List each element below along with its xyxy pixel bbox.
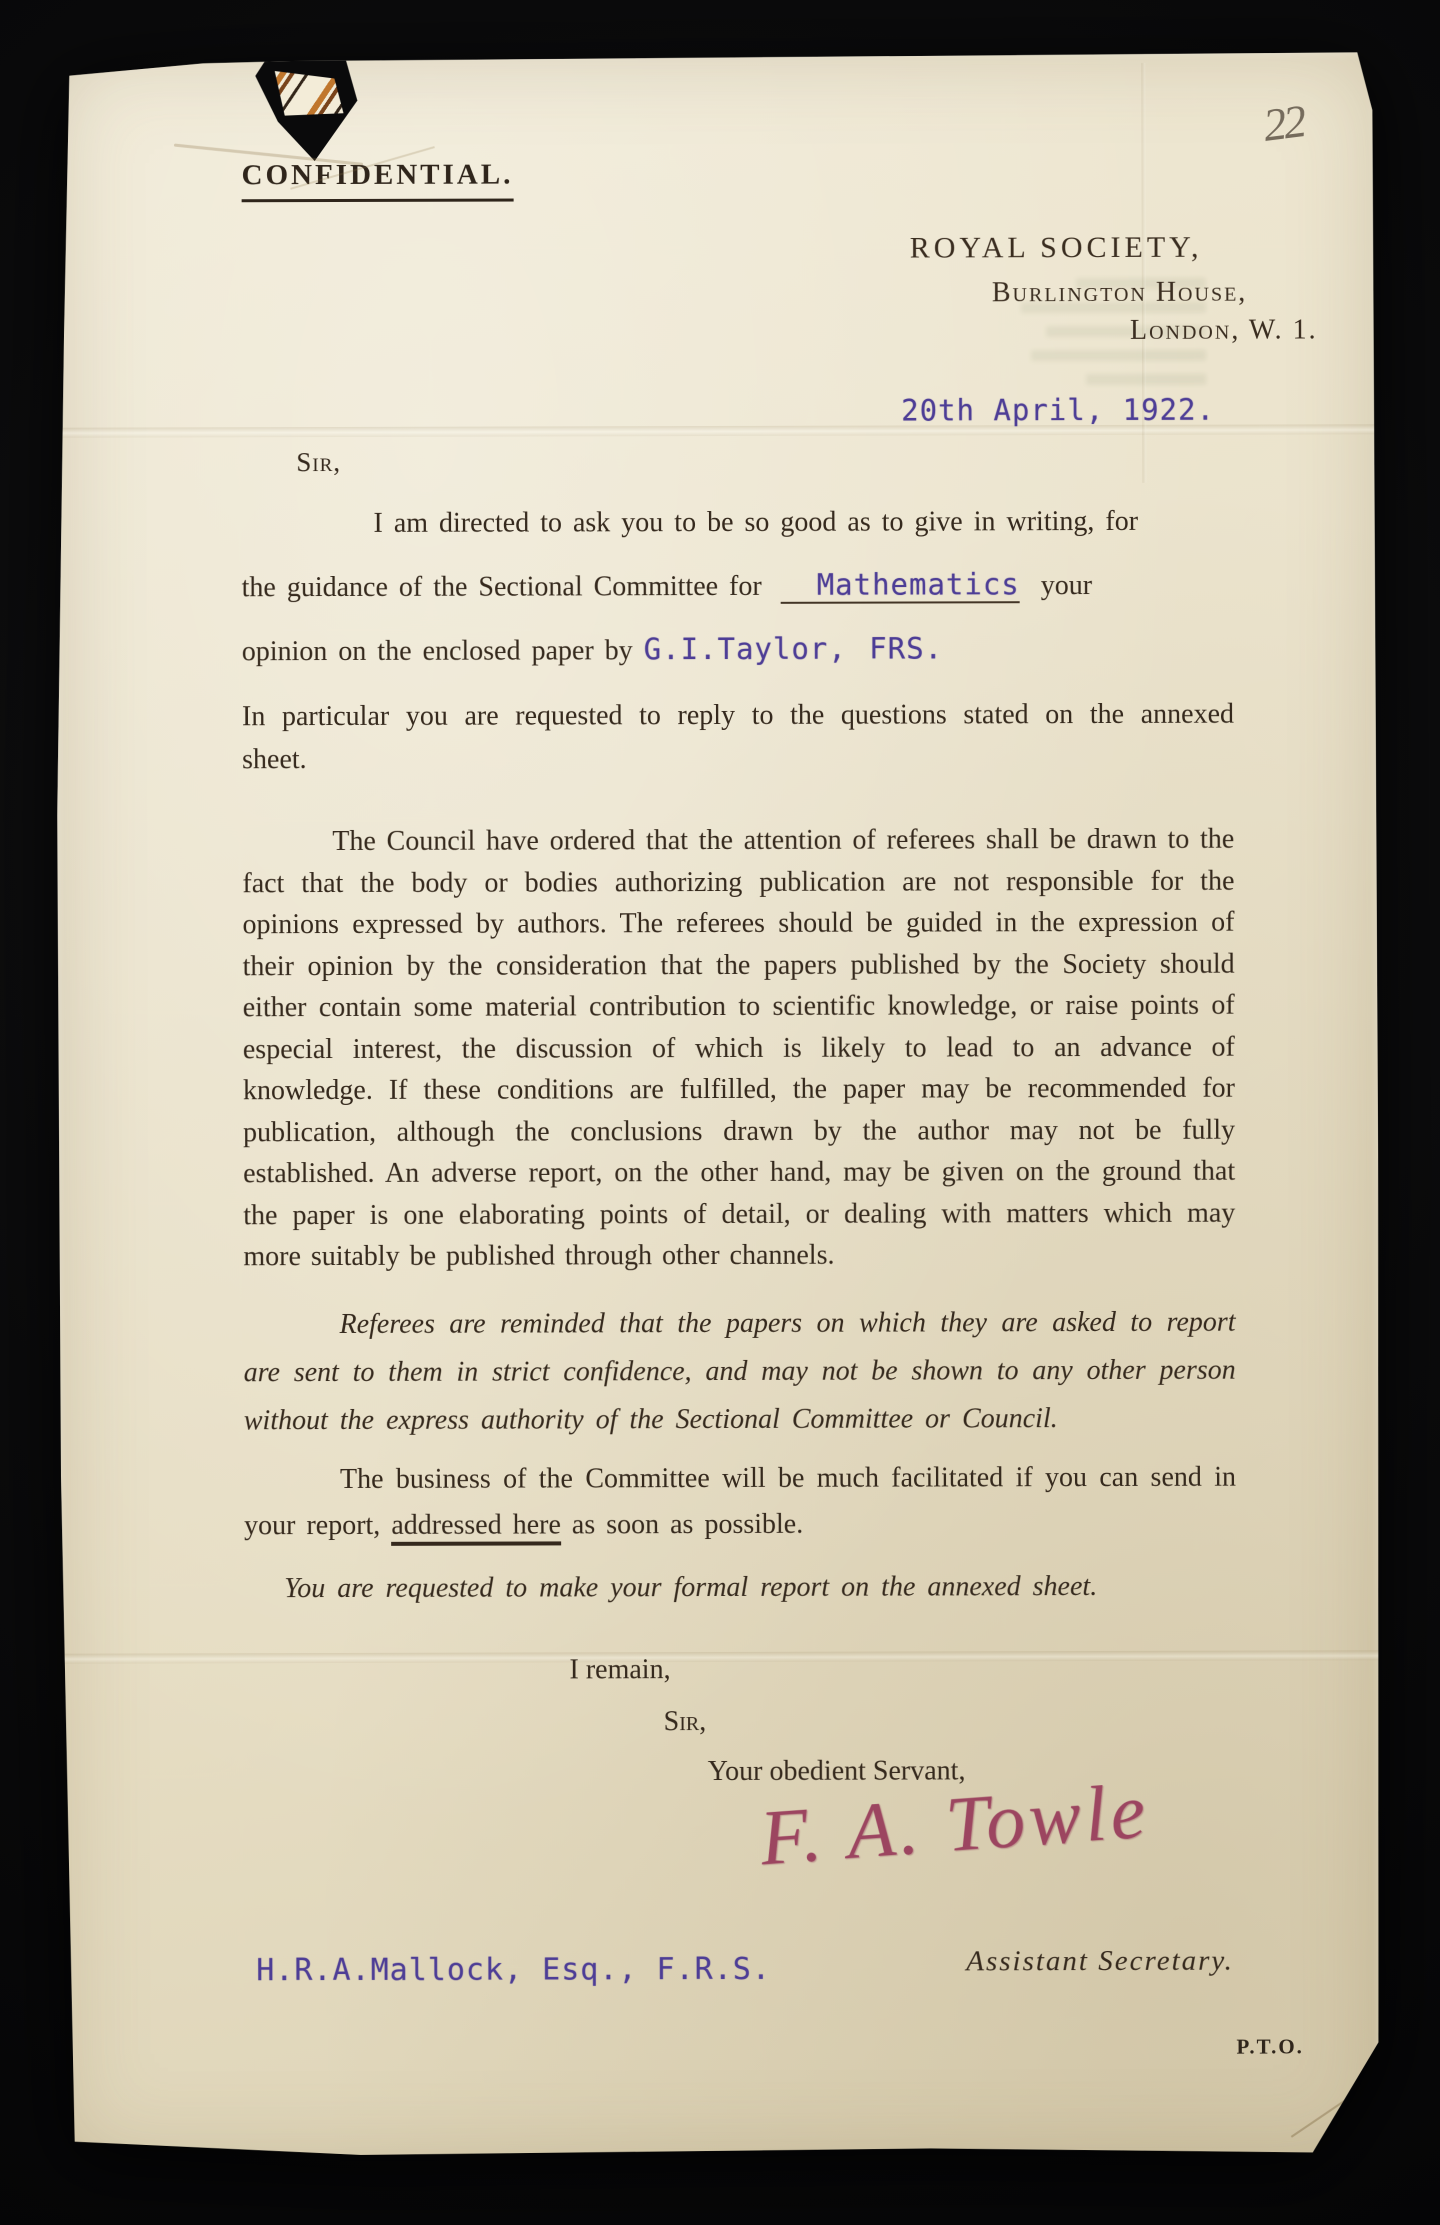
letter-paper-wrapper: CONFIDENTIAL. 22 ROYAL SOCIETY, Burlingt… <box>55 52 1381 2161</box>
pto-note: P.T.O. <box>1236 2034 1304 2059</box>
para-opening-line2: the guidance of the Sectional Committee … <box>242 553 1234 620</box>
fold-crease-lower <box>59 1650 1379 1663</box>
signature-title: Assistant Secretary. <box>966 1945 1234 1979</box>
para-annexed-sheet: In particular you are requested to reply… <box>242 693 1234 782</box>
dog-ear-crease <box>1291 2053 1415 2138</box>
closing-remain: I remain, <box>569 1654 670 1686</box>
para-formal-report: You are requested to make your formal re… <box>244 1565 1236 1612</box>
para-opening: I am directed to ask you to be so good a… <box>241 491 1233 684</box>
committee-blank: Mathematics <box>781 570 1020 604</box>
closing-sir: Sir, <box>664 1706 707 1738</box>
folio-number: 22 <box>1260 94 1306 152</box>
committee-line-suffix: your <box>1041 570 1092 601</box>
committee-line-prefix: the guidance of the Sectional Committee … <box>242 571 762 603</box>
confidential-stamp: CONFIDENTIAL. <box>242 159 514 203</box>
author-line-prefix: opinion on the enclosed paper by <box>242 635 633 667</box>
letterhead-city: London, W. 1. <box>1130 314 1318 346</box>
letter-paper: CONFIDENTIAL. 22 ROYAL SOCIETY, Burlingt… <box>55 52 1381 2161</box>
para-business: The business of the Committee will be mu… <box>244 1455 1236 1550</box>
committee-name: Mathematics <box>817 567 1020 602</box>
addressed-here-underlined: addressed here <box>391 1509 561 1545</box>
letterhead-org: ROYAL SOCIETY, <box>910 231 1203 266</box>
para-business-suffix: as soon as possible. <box>572 1509 803 1541</box>
torn-hole <box>255 57 357 161</box>
letterhead-house: Burlington House, <box>992 277 1248 310</box>
para-opening-line1: I am directed to ask you to be so good a… <box>241 491 1233 556</box>
para-opening-line3: opinion on the enclosed paper by G.I.Tay… <box>242 617 1234 684</box>
author-name: G.I.Taylor, FRS. <box>644 631 943 666</box>
salutation: Sir, <box>296 447 341 478</box>
para-council-rules: The Council have ordered that the attent… <box>242 819 1235 1278</box>
letter-date: 20th April, 1922. <box>901 393 1215 428</box>
addressee-mallock: H.R.A.Mallock, Esq., F.R.S. <box>256 1952 771 1988</box>
para-referees-confidence: Referees are reminded that the papers on… <box>244 1299 1236 1446</box>
seal-fragment <box>260 55 355 137</box>
